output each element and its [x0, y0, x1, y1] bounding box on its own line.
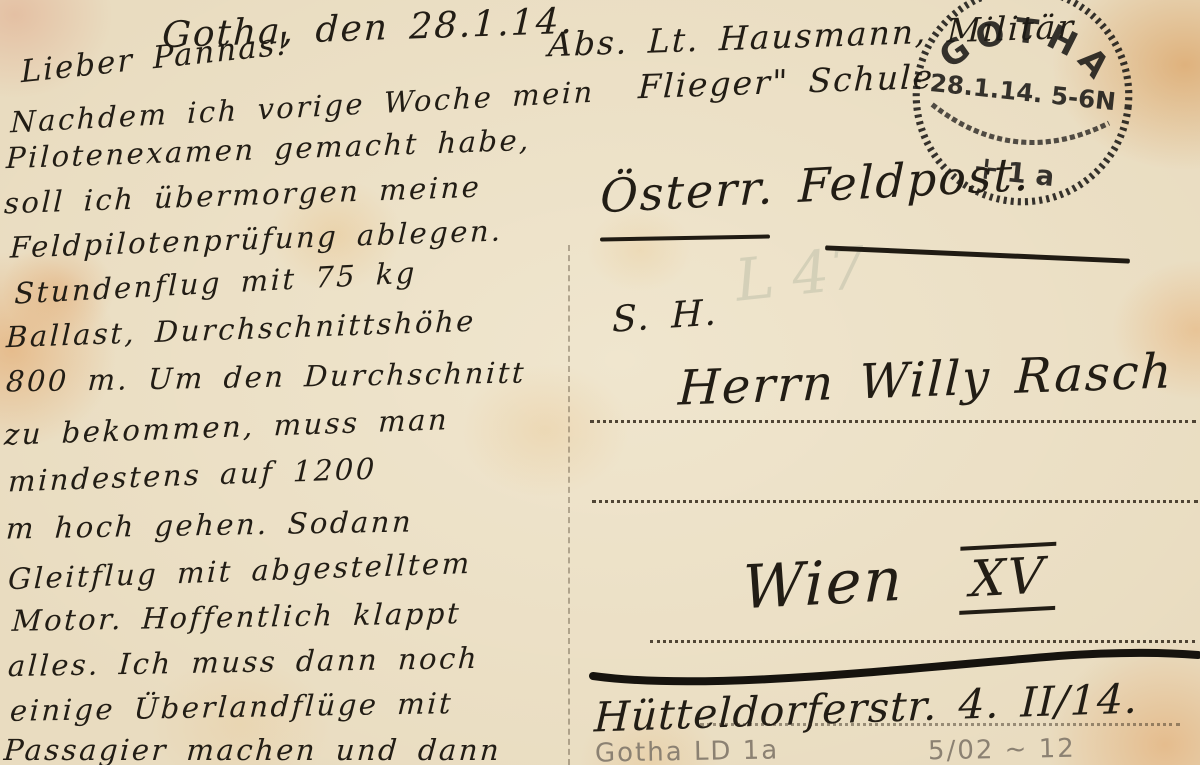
message-line: Stundenflug mit 75 kg: [14, 255, 417, 310]
address-city-text: Wien: [742, 545, 905, 624]
message-line: 800 m. Um den Durchschnitt: [5, 355, 527, 398]
message-line: Feldpilotenprüfung ablegen.: [10, 213, 504, 264]
address-dotted-line-4: [700, 723, 1180, 726]
message-line: m hoch gehen. Sodann: [5, 504, 414, 545]
address-service: Österr. Feldpost.: [600, 147, 1031, 224]
underline-service-2: [825, 245, 1130, 263]
pencil-note-right: 5/02 ~ 12: [928, 734, 1076, 765]
message-line: Passagier machen und dann: [3, 733, 503, 765]
sender-line-2: Flieger" Schule: [637, 57, 934, 106]
message-line: Gleitflug mit abgestelltem: [8, 546, 473, 596]
message-line: soll ich übermorgen meine: [4, 170, 482, 221]
pencil-note-left: Gotha LD 1a: [595, 735, 780, 765]
address-dotted-line-2: [592, 500, 1198, 503]
message-line: einige Überlandflüge mit: [9, 686, 454, 728]
message-line: Ballast, Durchschnittshöhe: [6, 304, 477, 354]
address-honorific: S. H.: [612, 292, 718, 341]
message-line: Motor. Hoffentlich klappt: [11, 596, 462, 638]
address-recipient: Herrn Willy Rasch: [677, 343, 1174, 416]
postcard-center-divider: [568, 245, 570, 765]
postcard-back: L 47 Gotha, den 28.1.14. Abs. Lt. Hausma…: [0, 0, 1200, 765]
underline-service-1: [600, 235, 770, 242]
message-line: mindestens auf 1200: [8, 452, 378, 499]
message-salutation: Lieber Pannas!: [20, 26, 291, 90]
address-dotted-line-1: [590, 420, 1196, 423]
address-district: XV: [959, 542, 1056, 615]
message-line: alles. Ich muss dann noch: [7, 641, 480, 683]
message-line: zu bekommen, muss man: [4, 402, 450, 452]
address-city: Wien XV: [742, 537, 1057, 624]
